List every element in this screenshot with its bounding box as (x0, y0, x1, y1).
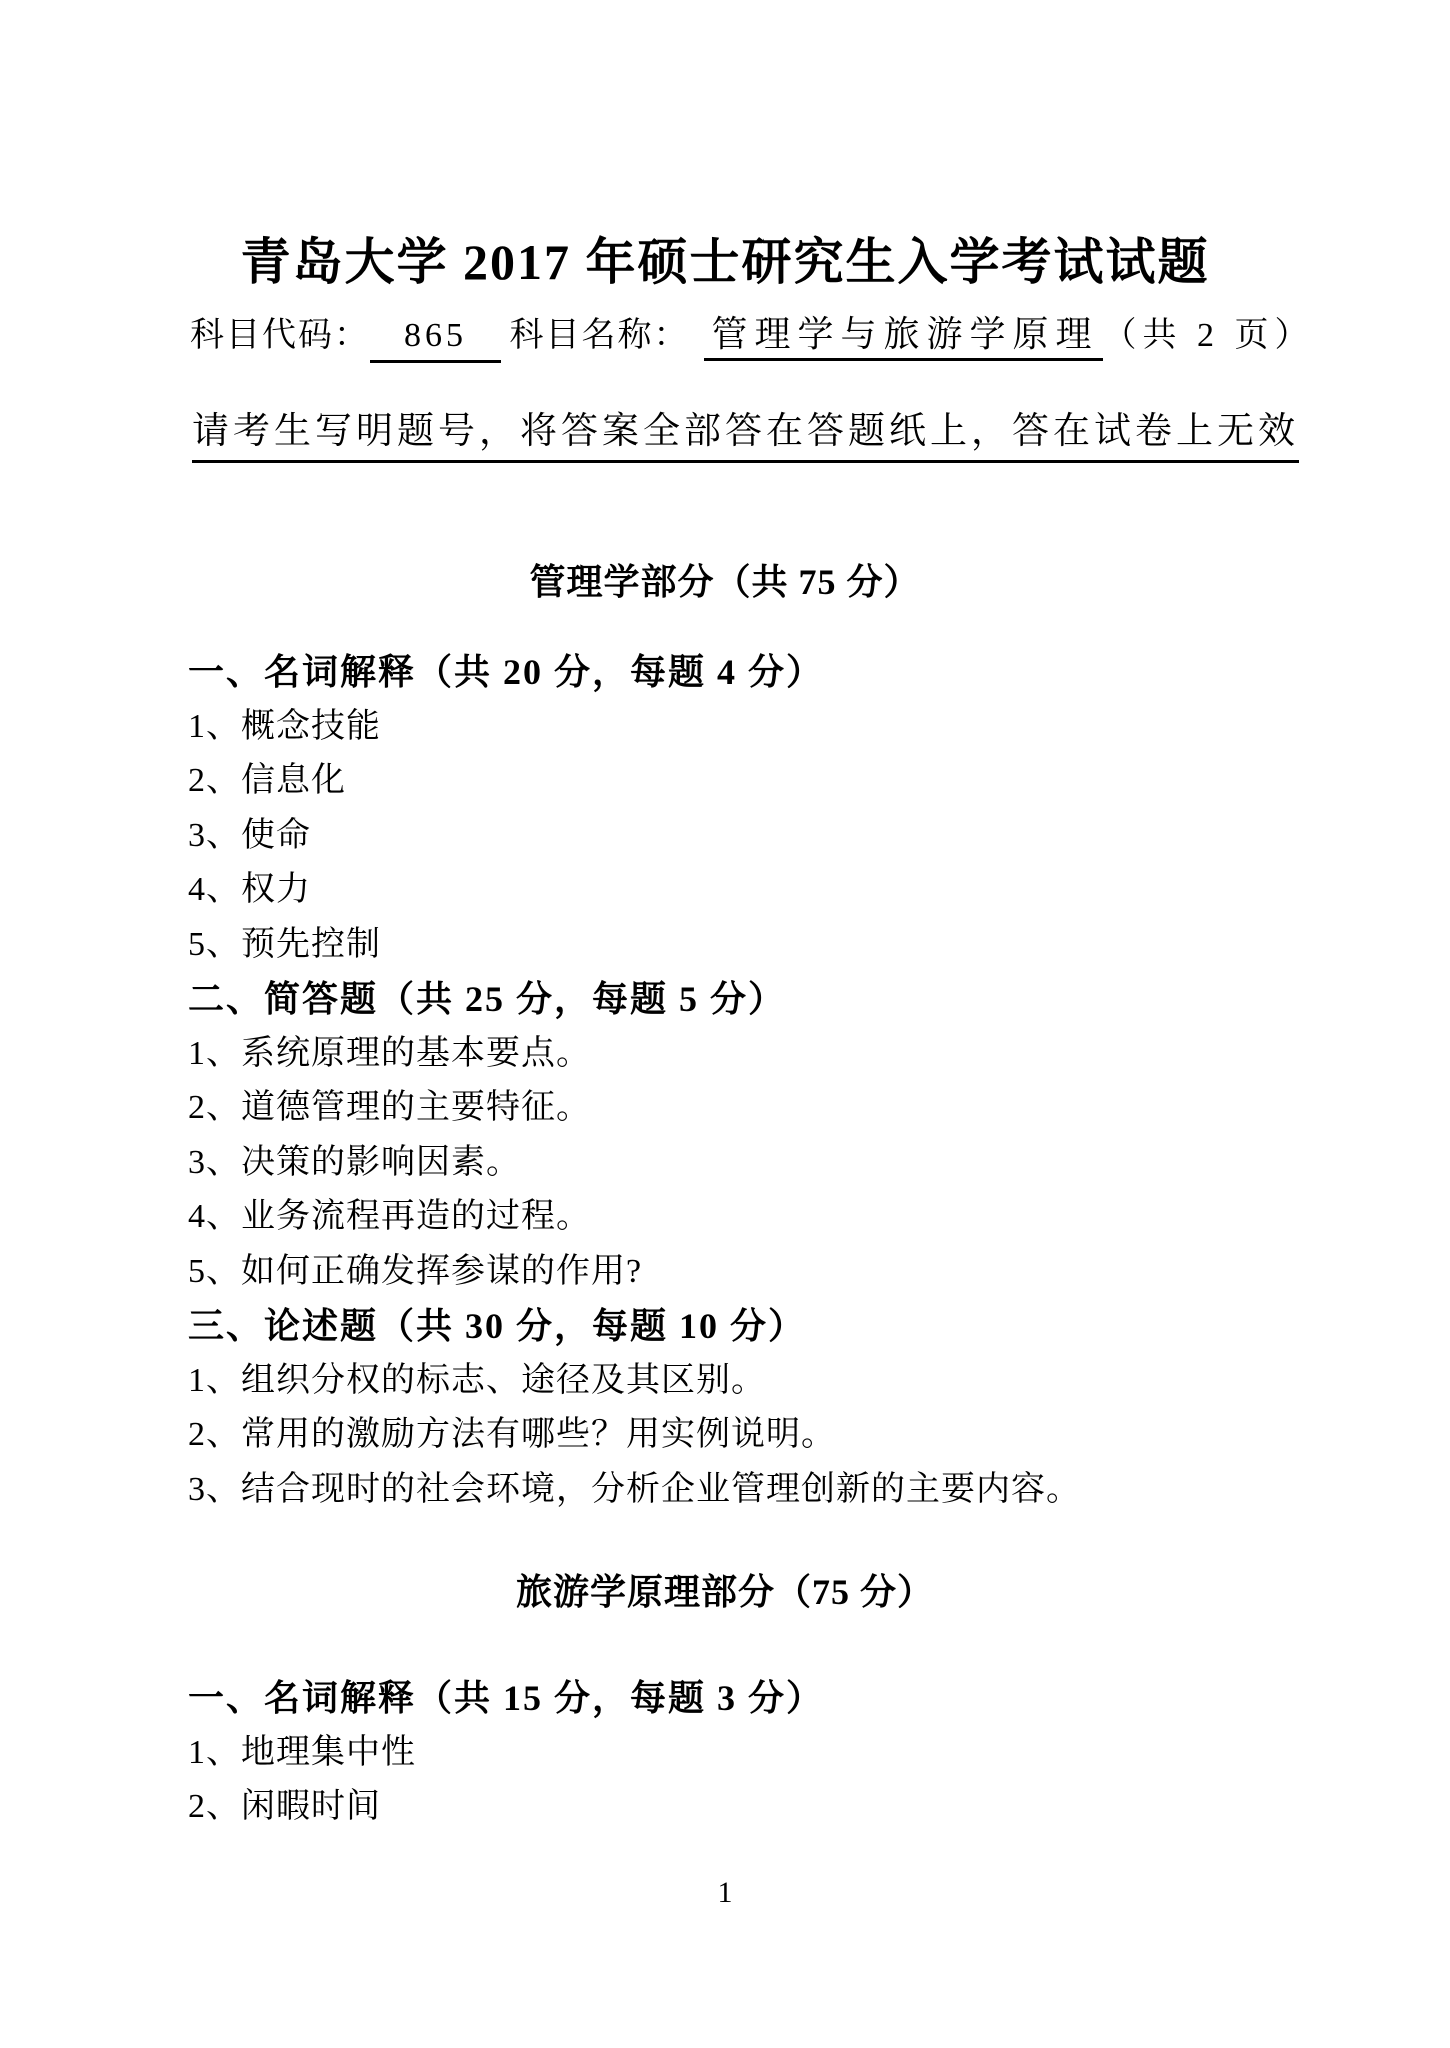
subject-pages-note: （共 2 页） (1103, 317, 1315, 354)
question-item: 2、常用的激励方法有哪些？用实例说明。 (188, 1408, 1450, 1463)
part1-heading: 管理学部分（共 75 分） (0, 562, 1450, 602)
question-item: 2、道德管理的主要特征。 (188, 1081, 1450, 1136)
question-item: 3、决策的影响因素。 (188, 1136, 1450, 1191)
part1-block1-heading: 一、名词解释（共 20 分，每题 4 分） (188, 645, 1450, 700)
subject-name-value: 管理学与旅游学原理 (704, 312, 1103, 361)
part2-heading: 旅游学原理部分（75 分） (0, 1572, 1450, 1612)
exam-paper-page: 青岛大学 2017 年硕士研究生入学考试试题 科目代码：865 科目名称：管理学… (0, 0, 1450, 2048)
question-item: 3、使命 (188, 809, 1450, 864)
subject-code-value: 865 (370, 314, 501, 363)
part2-questions: 一、名词解释（共 15 分，每题 3 分） 1、地理集中性 2、闲暇时间 (0, 1671, 1450, 1835)
instruction-text: 请考生写明题号，将答案全部答在答题纸上，答在试卷上无效 (192, 409, 1299, 463)
question-item: 3、结合现时的社会环境，分析企业管理创新的主要内容。 (188, 1463, 1450, 1518)
subject-line: 科目代码：865 科目名称：管理学与旅游学原理（共 2 页） (190, 312, 1450, 363)
page-number: 1 (0, 1876, 1450, 1910)
question-item: 1、概念技能 (188, 700, 1450, 755)
instruction-line: 请考生写明题号，将答案全部答在答题纸上，答在试卷上无效 (192, 409, 1450, 463)
subject-name-label: 科目名称： (510, 317, 690, 354)
question-item: 2、闲暇时间 (188, 1780, 1450, 1835)
question-item: 2、信息化 (188, 754, 1450, 809)
question-item: 5、预先控制 (188, 918, 1450, 973)
question-item: 1、地理集中性 (188, 1726, 1450, 1781)
part1-block3-heading: 三、论述题（共 30 分，每题 10 分） (188, 1299, 1450, 1354)
question-item: 4、权力 (188, 863, 1450, 918)
part2-block1-heading: 一、名词解释（共 15 分，每题 3 分） (188, 1671, 1450, 1726)
part1-block2-heading: 二、简答题（共 25 分，每题 5 分） (188, 972, 1450, 1027)
subject-code-label: 科目代码： (190, 317, 370, 354)
part1-questions: 一、名词解释（共 20 分，每题 4 分） 1、概念技能 2、信息化 3、使命 … (0, 645, 1450, 1517)
question-item: 4、业务流程再造的过程。 (188, 1190, 1450, 1245)
question-item: 1、系统原理的基本要点。 (188, 1027, 1450, 1082)
page-title: 青岛大学 2017 年硕士研究生入学考试试题 (0, 232, 1450, 292)
question-item: 5、如何正确发挥参谋的作用? (188, 1245, 1450, 1300)
question-item: 1、组织分权的标志、途径及其区别。 (188, 1354, 1450, 1409)
